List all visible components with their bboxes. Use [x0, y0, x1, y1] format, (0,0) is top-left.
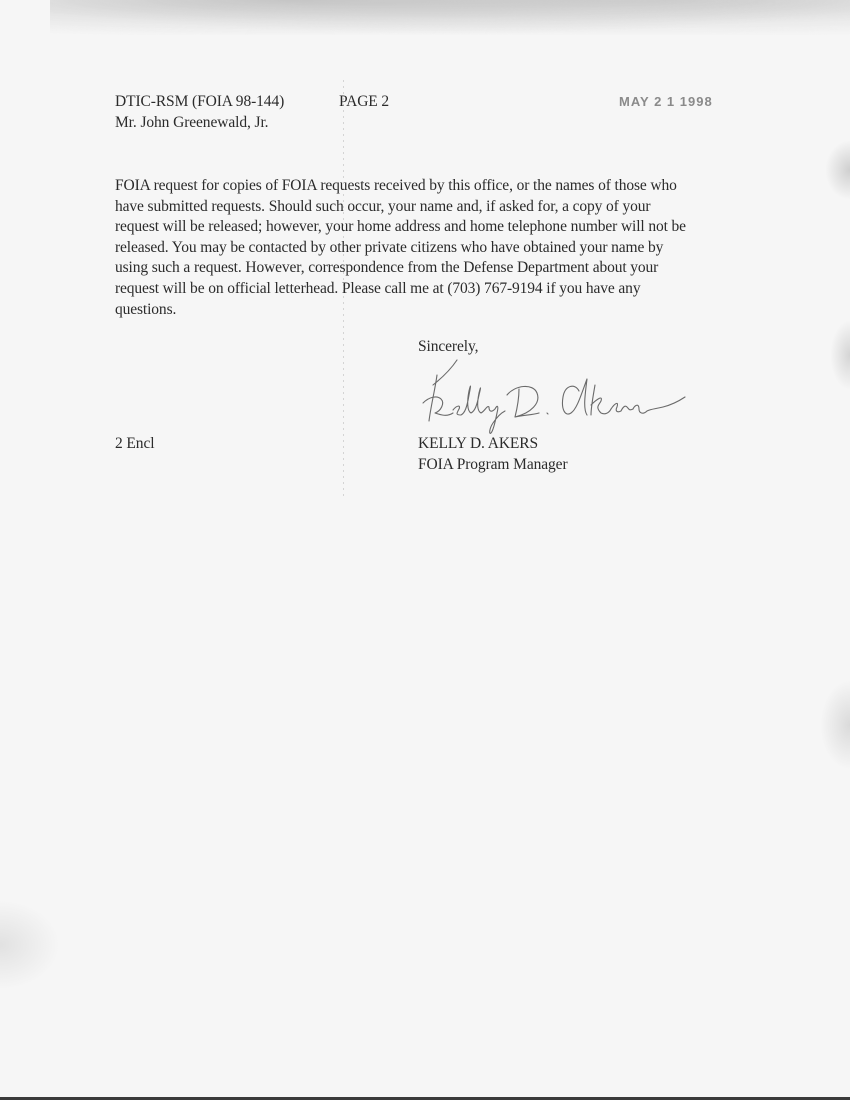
body-line: questions.	[115, 300, 765, 321]
recipient-name: Mr. John Greenewald, Jr.	[115, 113, 268, 133]
scan-noise-left	[0, 900, 60, 990]
page-label: PAGE 2	[339, 92, 389, 112]
body-line: request will be on official letterhead. …	[115, 279, 765, 300]
scan-noise-right	[830, 320, 850, 390]
letter-page: DTIC-RSM (FOIA 98-144) PAGE 2 MAY 2 1 19…	[0, 0, 850, 1100]
body-line: released. You may be contacted by other …	[115, 238, 765, 259]
body-paragraph: FOIA request for copies of FOIA requests…	[115, 176, 765, 320]
signer-name: KELLY D. AKERS	[418, 434, 538, 454]
closing-salutation: Sincerely,	[418, 337, 478, 357]
scan-noise-top	[50, 0, 850, 35]
body-line: FOIA request for copies of FOIA requests…	[115, 176, 765, 197]
date-stamp: MAY 2 1 1998	[619, 94, 713, 109]
body-line: have submitted requests. Should such occ…	[115, 197, 765, 218]
reference-number: DTIC-RSM (FOIA 98-144)	[115, 92, 284, 112]
body-line: using such a request. However, correspon…	[115, 258, 765, 279]
signer-title: FOIA Program Manager	[418, 455, 568, 475]
scan-noise-right	[820, 680, 850, 770]
body-line: request will be released; however, your …	[115, 217, 765, 238]
signature-image: Kelly D. Akers	[415, 355, 695, 435]
enclosure-note: 2 Encl	[115, 434, 154, 454]
scan-noise-right	[825, 140, 850, 200]
